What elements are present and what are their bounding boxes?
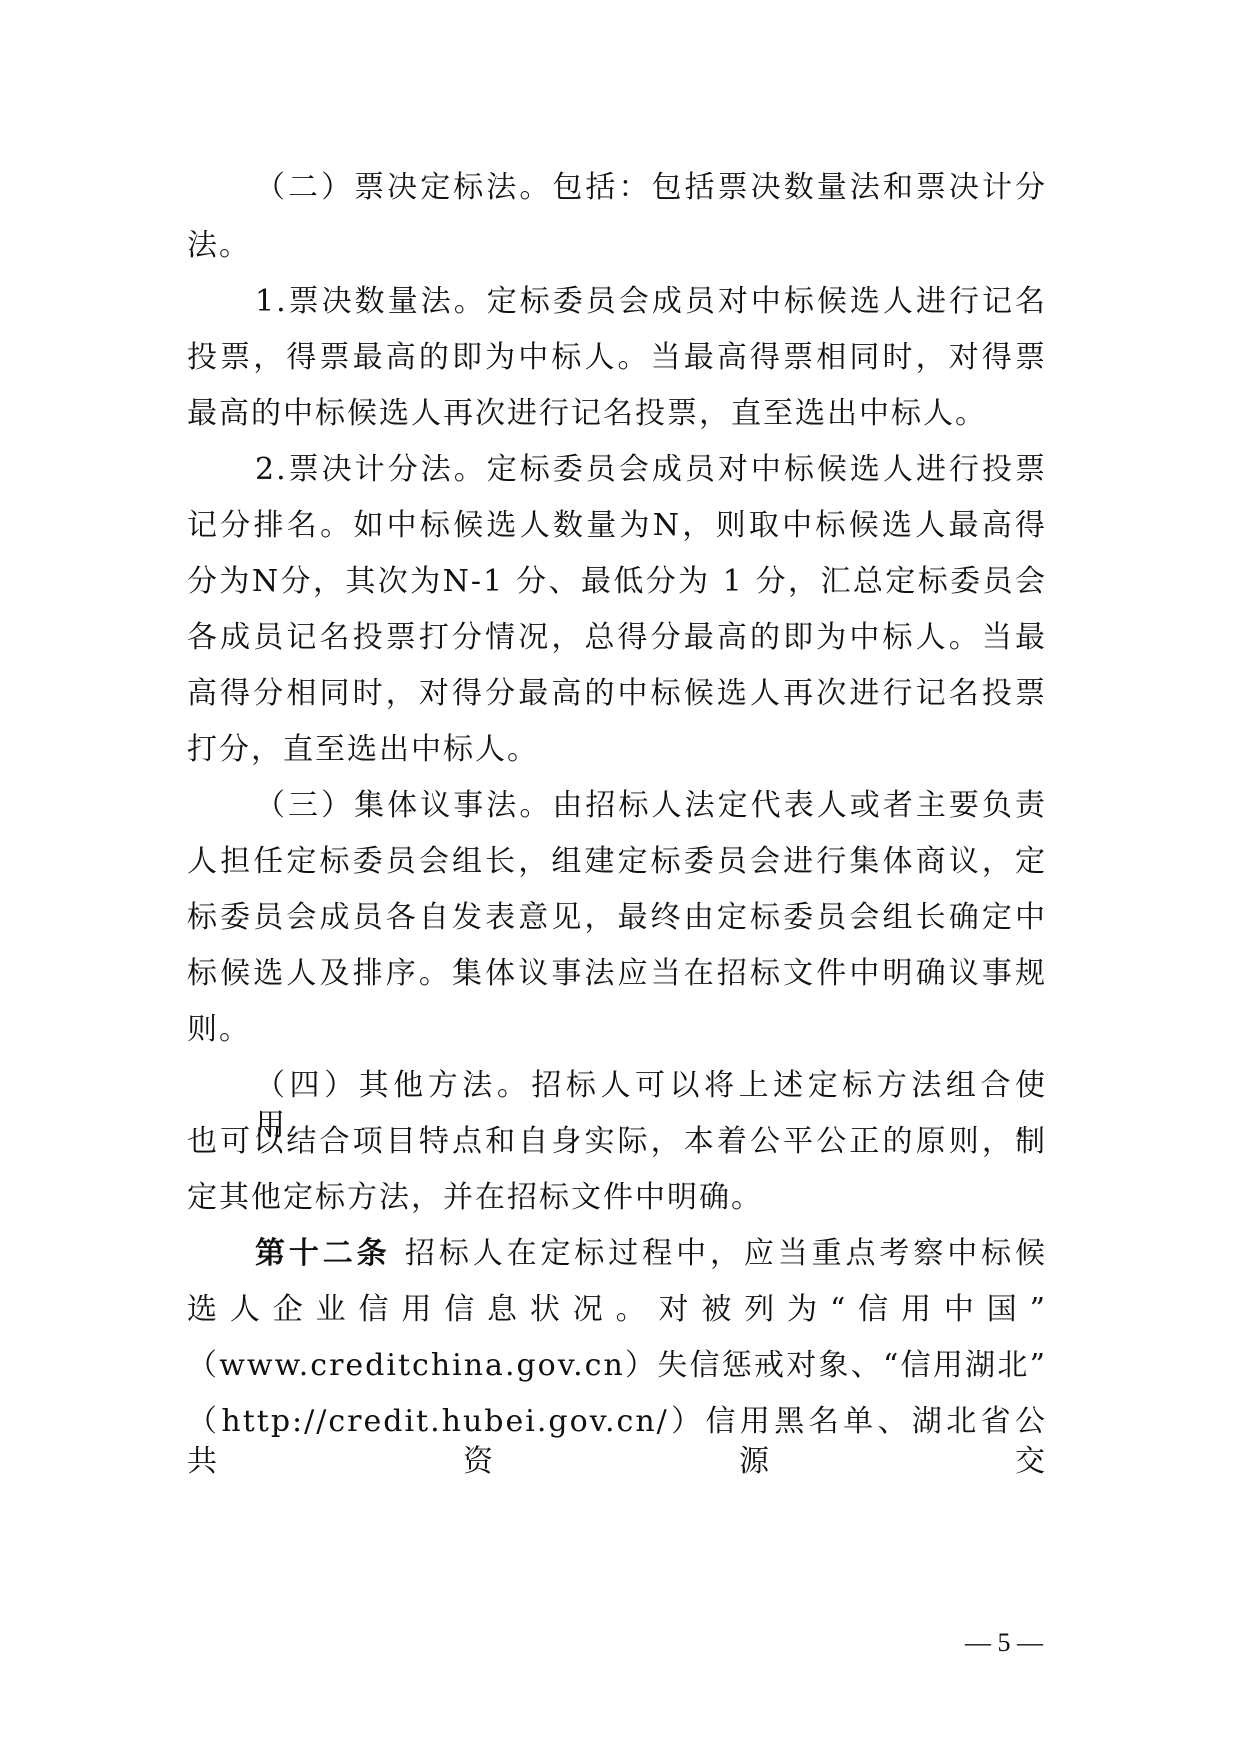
line-text: （二）票决定标法。包括：包括票决数量法和票决计分 [255,170,1047,205]
line-text: （www.creditchina.gov.cn）失信惩戒对象、“信用湖北” [187,1348,1047,1383]
line-text: 则。 [187,1012,251,1047]
text-line: 2.票决计分法。定标委员会成员对中标候选人进行投票 [255,450,1047,490]
text-line: 定其他定标方法，并在招标文件中明确。 [187,1178,1047,1218]
text-line: 法。 [187,226,1047,266]
text-line: 分为N分，其次为N-1 分、最低分为 1 分，汇总定标委员会 [187,562,1047,602]
line-text: 最高的中标候选人再次进行记名投票，直至选出中标人。 [187,396,987,431]
line-text: 高得分相同时，对得分最高的中标候选人再次进行记名投票 [187,676,1047,711]
line-text: 分为N分，其次为N-1 分、最低分为 1 分，汇总定标委员会 [187,564,1047,599]
article-heading: 第十二条 [255,1236,405,1271]
text-line: 各成员记名投票打分情况，总得分最高的即为中标人。当最 [187,618,1047,658]
line-text: 法。 [187,228,251,263]
text-line: 最高的中标候选人再次进行记名投票，直至选出中标人。 [187,394,1047,434]
line-text: 人担任定标委员会组长，组建定标委员会进行集体商议，定 [187,844,1047,879]
line-text: 标候选人及排序。集体议事法应当在招标文件中明确议事规 [187,956,1047,991]
text-line: 标候选人及排序。集体议事法应当在招标文件中明确议事规 [187,954,1047,994]
text-line: 选人企业信用信息状况。对被列为“信用中国” [187,1290,1047,1330]
text-line: 记分排名。如中标候选人数量为N，则取中标候选人最高得 [187,506,1047,546]
line-text: 2.票决计分法。定标委员会成员对中标候选人进行投票 [255,452,1047,487]
text-line: 打分，直至选出中标人。 [187,730,1047,770]
line-text: 记分排名。如中标候选人数量为N，则取中标候选人最高得 [187,508,1047,543]
page-number: — 5 — [965,1628,1043,1658]
line-text: 标委员会成员各自发表意见，最终由定标委员会组长确定中 [187,900,1047,935]
line-text: （http://credit.hubei.gov.cn/）信用黑名单、湖北省公共… [187,1404,1047,1479]
line-text: 各成员记名投票打分情况，总得分最高的即为中标人。当最 [187,620,1047,655]
text-line: 第十二条 招标人在定标过程中，应当重点考察中标候 [255,1234,1047,1274]
document-page: （二）票决定标法。包括：包括票决数量法和票决计分法。1.票决数量法。定标委员会成… [0,0,1241,1755]
text-line: 高得分相同时，对得分最高的中标候选人再次进行记名投票 [187,674,1047,714]
line-text: 招标人在定标过程中，应当重点考察中标候 [405,1236,1047,1271]
line-text: 投票，得票最高的即为中标人。当最高得票相同时，对得票 [187,340,1047,375]
line-text: 也可以结合项目特点和自身实际，本着公平公正的原则，制 [187,1124,1047,1159]
text-line: （二）票决定标法。包括：包括票决数量法和票决计分 [255,168,1047,208]
text-line: 1.票决数量法。定标委员会成员对中标候选人进行记名 [255,282,1047,322]
line-text: （三）集体议事法。由招标人法定代表人或者主要负责 [255,788,1047,823]
text-line: 投票，得票最高的即为中标人。当最高得票相同时，对得票 [187,338,1047,378]
text-line: 则。 [187,1010,1047,1050]
text-line: （三）集体议事法。由招标人法定代表人或者主要负责 [255,786,1047,826]
line-text: 打分，直至选出中标人。 [187,732,539,767]
text-line: （四）其他方法。招标人可以将上述定标方法组合使用， [255,1066,1047,1106]
text-line: （www.creditchina.gov.cn）失信惩戒对象、“信用湖北” [187,1346,1047,1386]
line-text: 1.票决数量法。定标委员会成员对中标候选人进行记名 [255,284,1047,319]
text-line: （http://credit.hubei.gov.cn/）信用黑名单、湖北省公共… [187,1402,1047,1442]
line-text: 定其他定标方法，并在招标文件中明确。 [187,1180,763,1215]
text-line: 人担任定标委员会组长，组建定标委员会进行集体商议，定 [187,842,1047,882]
line-text: 选人企业信用信息状况。对被列为“信用中国” [187,1292,1047,1327]
text-line: 标委员会成员各自发表意见，最终由定标委员会组长确定中 [187,898,1047,938]
text-line: 也可以结合项目特点和自身实际，本着公平公正的原则，制 [187,1122,1047,1162]
